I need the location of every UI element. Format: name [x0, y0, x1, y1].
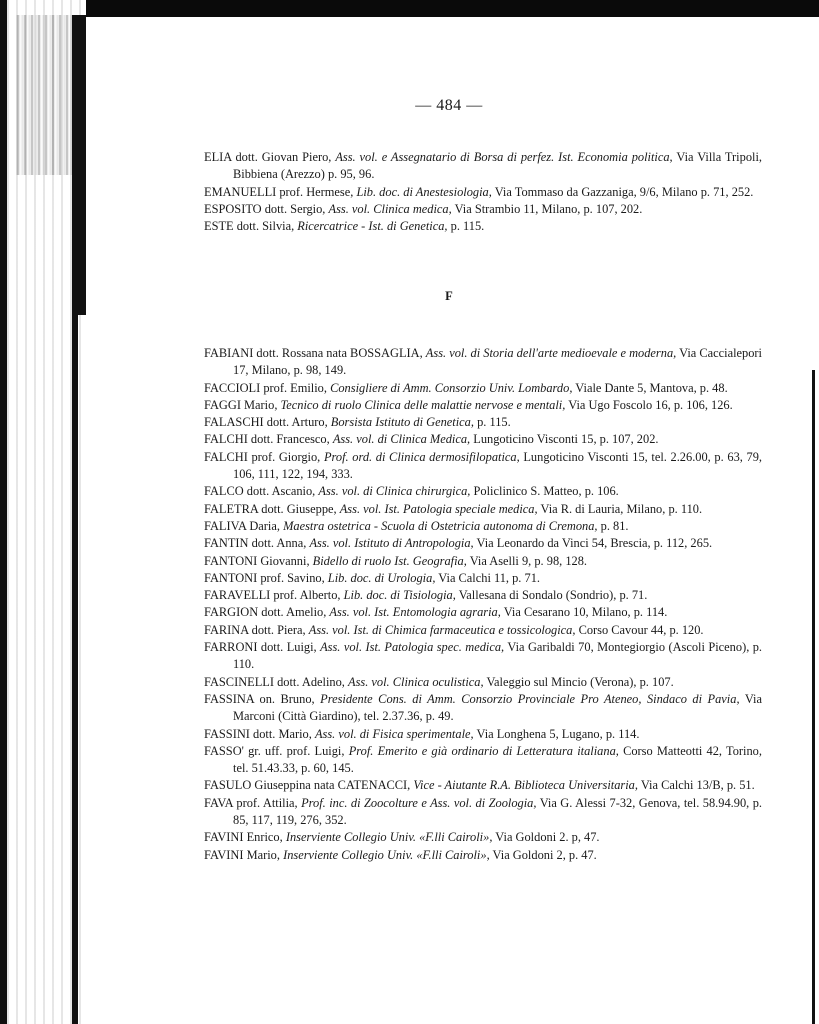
- directory-entry: FALCHI prof. Giorgio, Prof. ord. di Clin…: [204, 449, 762, 484]
- directory-entry: FAGGI Mario, Tecnico di ruolo Clinica de…: [204, 397, 762, 414]
- directory-entry: FASCINELLI dott. Adelino, Ass. vol. Clin…: [204, 674, 762, 691]
- directory-entry: FANTIN dott. Anna, Ass. vol. Istituto di…: [204, 535, 762, 552]
- directory-entry: FASSINA on. Bruno, Presidente Cons. di A…: [204, 691, 762, 726]
- entries-letter-e: ELIA dott. Giovan Piero, Ass. vol. e Ass…: [204, 149, 762, 235]
- directory-entry: FASSINI dott. Mario, Ass. vol. di Fisica…: [204, 726, 762, 743]
- section-heading-f: F: [86, 289, 812, 304]
- directory-entry: FACCIOLI prof. Emilio, Consigliere di Am…: [204, 380, 762, 397]
- directory-entry: FALETRA dott. Giuseppe, Ass. vol. Ist. P…: [204, 501, 762, 518]
- directory-entry: FALASCHI dott. Arturo, Borsista Istituto…: [204, 414, 762, 431]
- directory-entry: FAVINI Enrico, Inserviente Collegio Univ…: [204, 829, 762, 846]
- directory-entry: FARINA dott. Piera, Ass. vol. Ist. di Ch…: [204, 622, 762, 639]
- binding-gutter-line: [72, 15, 78, 1024]
- directory-entry: FARRONI dott. Luigi, Ass. vol. Ist. Pato…: [204, 639, 762, 674]
- directory-entry: ESTE dott. Silvia, Ricercatrice - Ist. d…: [204, 218, 762, 235]
- directory-entry: FARGION dott. Amelio, Ass. vol. Ist. Ent…: [204, 604, 762, 621]
- entries-letter-f: FABIANI dott. Rossana nata BOSSAGLIA, As…: [204, 345, 762, 864]
- page-number: — 484 —: [86, 97, 812, 115]
- scan-top-border: [0, 0, 819, 17]
- directory-entry: FANTONI prof. Savino, Lib. doc. di Urolo…: [204, 570, 762, 587]
- directory-entry: FAVINI Mario, Inserviente Collegio Univ.…: [204, 847, 762, 864]
- binding-outer-shadow: [0, 0, 7, 1024]
- directory-entry: FASSO' gr. uff. prof. Luigi, Prof. Emeri…: [204, 743, 762, 778]
- directory-entry: FASULO Giuseppina nata CATENACCI, Vice -…: [204, 777, 762, 794]
- directory-entry: FALCHI dott. Francesco, Ass. vol. di Cli…: [204, 431, 762, 448]
- directory-entry: FABIANI dott. Rossana nata BOSSAGLIA, As…: [204, 345, 762, 380]
- directory-entry: FANTONI Giovanni, Bidello di ruolo Ist. …: [204, 553, 762, 570]
- directory-entry: ELIA dott. Giovan Piero, Ass. vol. e Ass…: [204, 149, 762, 184]
- book-binding-edge: [0, 0, 86, 1024]
- directory-entry: ESPOSITO dott. Sergio, Ass. vol. Clinica…: [204, 201, 762, 218]
- document-page: — 484 — ELIA dott. Giovan Piero, Ass. vo…: [86, 17, 812, 1024]
- scan-right-border: [812, 370, 815, 1024]
- directory-entry: FAVA prof. Attilia, Prof. inc. di Zoocol…: [204, 795, 762, 830]
- directory-entry: FARAVELLI prof. Alberto, Lib. doc. di Ti…: [204, 587, 762, 604]
- directory-entry: FALCO dott. Ascanio, Ass. vol. di Clinic…: [204, 483, 762, 500]
- directory-entry: EMANUELLI prof. Hermese, Lib. doc. di An…: [204, 184, 762, 201]
- directory-entry: FALIVA Daria, Maestra ostetrica - Scuola…: [204, 518, 762, 535]
